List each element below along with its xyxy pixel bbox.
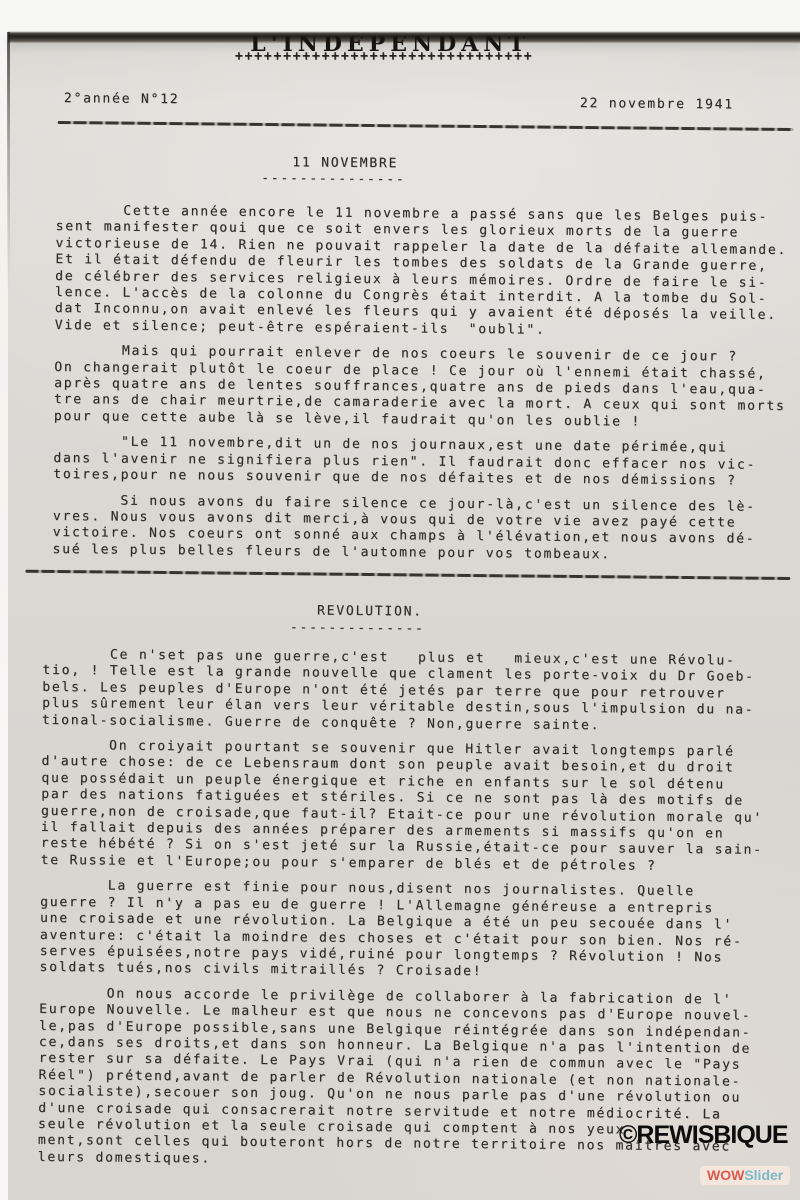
scanned-newspaper-page: { "masthead": { "title": "L'INDEPENDANT"… [0,0,800,1200]
paragraph: Cette année encore le 11 novembre a pass… [55,203,800,341]
wowslider-badge-slider: Slider [744,1167,783,1183]
article-title: 11 NOVEMBRE [292,155,398,172]
paragraph: "Le 11 novembre,dit un de nos journaux,e… [53,434,800,490]
paragraph: Si nous avons du faire silence ce jour-l… [53,492,800,565]
article-title-underline: --------------- [261,171,406,189]
typed-content: 2°année N°12 22 novembre 1941 11 NOVEMBR… [0,0,800,1200]
paragraph: On croiyait pourtant se souvenir que Hit… [41,738,798,877]
wowslider-badge-wow: WOW [707,1167,744,1183]
paragraph: Ce n'set pas une guerre,c'est plus et mi… [42,647,799,736]
article-11-novembre: Cette année encore le 11 novembre a pass… [52,203,800,574]
header-rule [58,121,794,131]
article-title: REVOLUTION. [317,603,423,620]
paragraph: La guerre est finie pour nous,disent nos… [39,878,796,984]
copyright-watermark: ©REWISBIQUE [619,1121,788,1150]
issue-date: 22 novembre 1941 [580,96,734,114]
wowslider-badge[interactable]: WOWSlider [700,1166,790,1185]
issue-number: 2°année N°12 [64,91,180,109]
article-revolution: Ce n'set pas une guerre,c'est plus et mi… [38,647,799,1182]
paragraph: Mais qui pourrait enlever de nos coeurs … [54,343,800,432]
article-title-underline: -------------- [290,620,425,638]
masthead-underline: +++++++++++++++++++++++++++++++ [235,49,533,65]
